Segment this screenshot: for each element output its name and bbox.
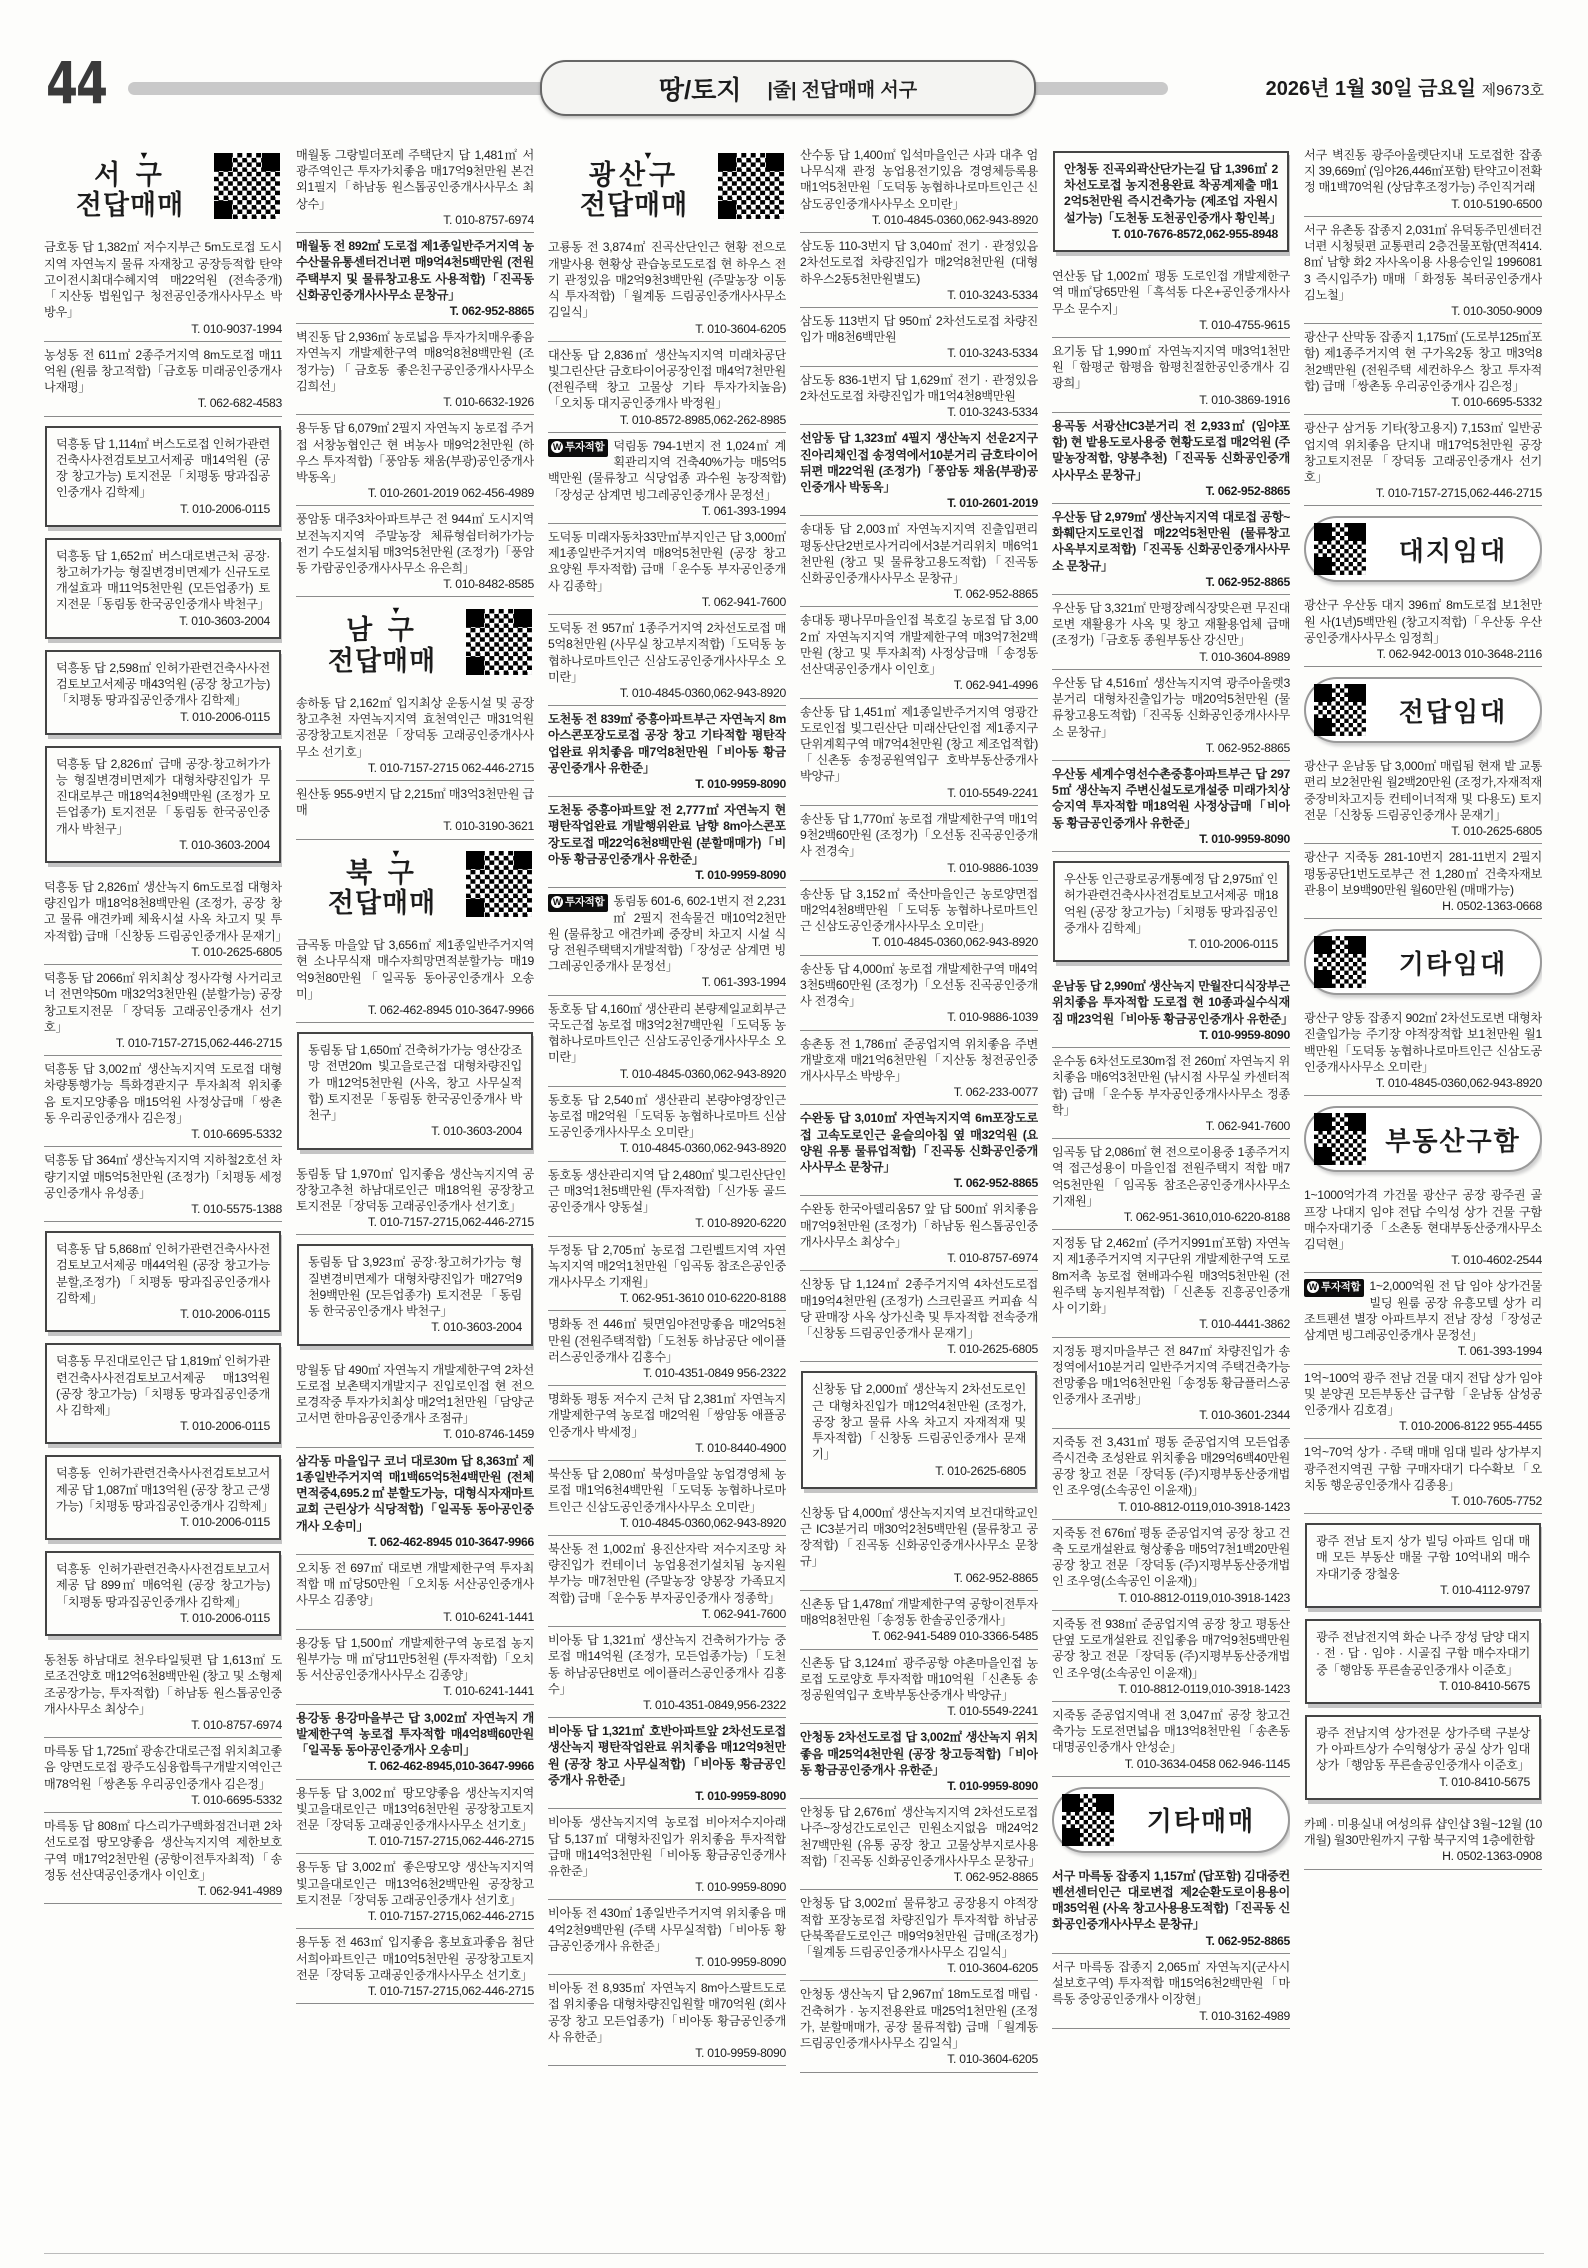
phone-number: T. 010-6632-1926 — [296, 394, 534, 410]
pill-section-header: 전답임대 — [1304, 677, 1542, 743]
ad-listing: 고룡동 전 3,874㎡ 진곡산단인근 현황 전으로 개발사용 현황상 관습농로… — [548, 234, 786, 341]
section-label: |줄| 전답매매 서구 — [767, 75, 917, 102]
issue-number: 제9673호 — [1482, 82, 1544, 99]
ad-text: 지죽동 전 676㎡ 평동 준공업지역 공장 창고 건축 도로개설완료 형상좋음… — [1052, 1526, 1290, 1589]
footer-rule — [44, 2253, 1544, 2254]
section-category: 전답매매 — [46, 190, 214, 220]
phone-number: T. 062-952-8865 — [800, 586, 1038, 602]
phone-number: T. 010-9959-8090 — [548, 2045, 786, 2061]
ad-text: 광주 전남지역 상가전문 상가주택 구분상가 아파트상가 수익형상가 공실 상가… — [1316, 1726, 1530, 1772]
ad-listing: 덕흥동 답 2066㎡ 위치최상 정사각형 사거리코너 전면약50m 매32억3… — [44, 965, 282, 1056]
ad-text: 안청동 2차선도로접 답 3,002㎡ 생산녹지 위치좋음 매25억4천만원 (… — [800, 1730, 1038, 1776]
ad-text: 덕흥동 인허가관련건축사사전검토보고서제공 답 899㎡ 매6억원 (공장 창고… — [56, 1562, 270, 1608]
phone-number: T. 010-2625-6805 — [800, 1341, 1038, 1357]
ad-listing: 북산동 답 2,080㎡ 북성마을앞 농업경영체 농로접 매1억6천4백만원「도… — [548, 1461, 786, 1536]
ad-text: 선암동 답 1,323㎡ 4필지 생산녹지 선운2지구 진아리채인접 송정역에서… — [800, 431, 1038, 494]
ad-listing: W투자적합1~2,000억원 전 답 임야 상가건물 빌딩 원룸 공장 유흥모텔… — [1304, 1273, 1542, 1364]
ad-text: 덕흥동 무진대로인근 답 1,819㎡ 인허가관련건축사사전검토보고서제공 매1… — [56, 1354, 270, 1417]
ad-text: 지정동 답 2,462㎡ (주거지991㎡포함) 자연녹지 제1종주거지역 지구… — [1052, 1236, 1290, 1315]
ad-listing: 우산동 답 4,516㎡ 생산녹지지역 광주아울렛3분거리 대형차진출입가능 매… — [1052, 670, 1290, 761]
phone-number: T. 010-4441-3862 — [1052, 1316, 1290, 1332]
ad-text: 용강동 답 1,500㎡ 개발제한구역 농로접 농지원부가능 매 ㎡당11만5천… — [296, 1636, 534, 1682]
ad-text: 신촌동 답 3,124㎡ 광주공항 야촌마을인접 농로접 도로양호 투자적합 매… — [800, 1656, 1038, 1702]
ad-text: 안청동 진곡외곽산단가는길 답 1,396㎡ 2차선도로접 농지전용완료 착공계… — [1064, 162, 1281, 225]
newspaper-page: 44 땅/토지 |줄| 전답매매 서구 2026년 1월 30일 금요일 제96… — [0, 0, 1588, 2268]
phone-number: T. 010-7605-7752 — [1304, 1493, 1542, 1509]
phone-number: T. 010-8920-6220 — [548, 1215, 786, 1231]
phone-number: T. 010-4845-0360,062-943-8920 — [548, 1066, 786, 1082]
ad-listing: 송산동 답 1,770㎡ 농로접 개발제한구역 매1억9천2백60만원 (조정가… — [800, 806, 1038, 881]
ad-listing: 덕흥동 답 3,002㎡ 생산녹지지역 도로접 대형차량통행가능 특화경관지구 … — [44, 1056, 282, 1147]
ad-listing: 송대동 팽나무마을인접 복호길 농로접 답 3,002㎡ 자연녹지지역 개발제한… — [800, 607, 1038, 698]
category-pill: 땅/토지 |줄| 전답매매 서구 — [540, 60, 1036, 116]
phone-number: T. 010-4351-0849 956-2322 — [548, 1365, 786, 1381]
ad-text: 용강동 용강마을부근 답 3,002㎡ 자연녹지 개발제한구역 농로접 투자적합… — [296, 1711, 534, 1757]
ad-text: 송대동 팽나무마을인접 복호길 농로접 답 3,002㎡ 자연녹지지역 개발제한… — [800, 613, 1038, 676]
phone-number: T. 062-941-4989 — [44, 1883, 282, 1899]
ad-text: 벽진동 답 2,936㎡ 농로넓음 투자가치매우좋음 자연녹지 개발제한구역 매… — [296, 330, 534, 393]
phone-number: T. 010-5549-2241 — [800, 785, 1038, 801]
phone-number: T. 010-9959-8090 — [548, 1954, 786, 1970]
ad-text: 지죽동 준공업지역내 전 3,047㎡ 공장 창고건축가능 도로전면넓음 매13… — [1052, 1708, 1290, 1754]
ad-listing: 지정동 평지마을부근 전 847㎡ 차량진입가 송정역에서10분거리 일반주거지… — [1052, 1338, 1290, 1429]
ad-listing: 안청동 진곡외곽산단가는길 답 1,396㎡ 2차선도로접 농지전용완료 착공계… — [1053, 151, 1289, 252]
phone-number: T. 010-4845-0360,062-943-8920 — [800, 934, 1038, 950]
ad-listing: 용두동 답 3,002㎡ 땅모양좋음 생산녹지지역 빛고을대로인근 매13억6천… — [296, 1780, 534, 1855]
ad-listing: 송촌동 전 1,786㎡ 준공업지역 위치좋음 주변개발호재 매21억6천만원「… — [800, 1031, 1038, 1106]
phone-number: T. 010-8440-4900 — [548, 1440, 786, 1456]
column-6: 서구 벽진동 광주아울렛단지내 도로접한 잡종지 39,669㎡ (임야26,4… — [1304, 142, 1542, 2227]
phone-number: T. 062-952-8865 — [800, 1175, 1038, 1191]
ad-text: 지정동 평지마을부근 전 847㎡ 차량진입가 송정역에서10분거리 일반주거지… — [1052, 1344, 1290, 1407]
qr-code-icon — [718, 153, 784, 219]
ad-listing: 송산동 답 4,000㎡ 농로접 개발제한구역 매4억3천5백60만원 (조정가… — [800, 956, 1038, 1031]
qr-code-icon — [1062, 1794, 1114, 1846]
ad-listing: 1억~100억 광주 전남 건물 대지 전답 상가 임야 및 분양권 모든부동산… — [1304, 1365, 1542, 1440]
ad-listing: 마륵동 답 808㎡ 다스리가구백화점건너편 2차선도로접 땅모양좋음 생산녹지… — [44, 1813, 282, 1904]
phone-number: T. 010-2006-0115 — [56, 1514, 270, 1530]
section-district: 북 구 — [298, 858, 466, 888]
ad-listing: 비아동 전 8,935㎡ 자연녹지 8m아스팔트도로접 위치좋음 대형차량진입원… — [548, 1975, 786, 2066]
ad-text: 광산구 양동 잡종지 902㎡ 2차선도로변 대형차진출입가능 주기장 야적장적… — [1304, 1011, 1542, 1074]
phone-number: T. 010-9886-1039 — [800, 1009, 1038, 1025]
phone-number: T. 010-6695-5332 — [1304, 394, 1542, 410]
column-1: ▼서 구전답매매금호동 답 1,382㎡ 저수지부근 5m도로접 도시지역 자연… — [44, 142, 282, 2227]
ad-listing: 광산구 운남동 답 3,000㎡ 매립됨 현재 밭 교통편리 보2천만원 월2백… — [1304, 753, 1542, 844]
phone-number: T. 062-952-8865 — [1052, 483, 1290, 499]
ad-listing: 비아동 답 1,321㎡ 호반아파트앞 2차선도로접 생산녹지 평탄작업완료 위… — [548, 1718, 786, 1809]
phone-number: T. 010-3243-5334 — [800, 345, 1038, 361]
ad-text: 서구 마륵동 잡종지 1,157㎡ (답포함) 김대중컨벤션센터인근 대로변접 … — [1052, 1869, 1290, 1932]
phone-number: T. 010-9886-1039 — [800, 860, 1038, 876]
ad-text: 명화동 평동 저수지 근처 답 2,381㎡ 자연녹지 개발제한구역 농로접 매… — [548, 1392, 786, 1438]
ad-text: 광주 전남 토지 상가 빌딩 아파트 임대 매매 모든 부동산 매물 구함 10… — [1316, 1534, 1530, 1580]
ad-text: 동림동 답 1,970㎡ 입지좋음 생산녹지지역 공장창고추천 하남대로인근 매… — [296, 1167, 534, 1213]
ad-listing: 덕흥동 무진대로인근 답 1,819㎡ 인허가관련건축사사전검토보고서제공 매1… — [45, 1343, 281, 1444]
phone-number: T. 010-3869-1916 — [1052, 392, 1290, 408]
ad-listing: 덕흥동 답 5,868㎡ 인허가관련건축사사전검토보고서제공 매44억원 (공장… — [45, 1231, 281, 1332]
phone-number: T. 010-7157-2715 062-446-2715 — [296, 760, 534, 776]
phone-number: T. 010-3604-8989 — [1052, 649, 1290, 665]
ad-listing: 벽진동 답 2,936㎡ 농로넓음 투자가치매우좋음 자연녹지 개발제한구역 매… — [296, 324, 534, 415]
issue-date: 2026년 1월 30일 금요일 — [1266, 78, 1476, 100]
ad-listing: 운수동 6차선도로30m접 전 260㎡ 자연녹지 위치좋음 매6억3천만원 (… — [1052, 1048, 1290, 1139]
ad-text: 송촌동 전 1,786㎡ 준공업지역 위치좋음 주변개발호재 매21억6천만원「… — [800, 1037, 1038, 1083]
phone-number: T. 010-9959-8090 — [800, 1778, 1038, 1794]
ad-text: 안청동 답 2,676㎡ 생산녹지지역 2차선도로접 나주~장성간도로인근 민원… — [800, 1805, 1038, 1868]
ad-text: 삼도동 113번지 답 950㎡ 2차선도로접 차량진입가 매8천6백만원 — [800, 314, 1038, 344]
phone-number: T. 010-4351-0849,956-2322 — [548, 1697, 786, 1713]
ad-listing: 용두동 전 463㎡ 입지좋음 홍보효과좋음 첨단서희아파트인근 매10억5천만… — [296, 1929, 534, 2004]
ad-text: 비아동 전 430㎡ 1종일반주거지역 위치좋음 매4억2천9백만원 (주택 사… — [548, 1906, 786, 1952]
phone-number: T. 010-9959-8090 — [1052, 1027, 1290, 1043]
ad-listing: 지죽동 준공업지역내 전 3,047㎡ 공장 창고건축가능 도로전면넓음 매13… — [1052, 1702, 1290, 1777]
ad-listing: 마륵동 답 1,725㎡ 광송간대로근접 위치최고좋음 양면도로접 광주도심융합… — [44, 1738, 282, 1813]
phone-number: T. 010-7157-2715,062-446-2715 — [296, 1983, 534, 1999]
investment-badge: W투자적합 — [548, 894, 608, 912]
ad-listing: 운남동 답 2,990㎡ 생산녹지 만월잔디식장부근 위치좋음 투자적합 도로접… — [1052, 973, 1290, 1048]
ad-listing: 매월동 전 892㎡ 도로접 제1종일반주거지역 농수산물유통센터건너편 매9억… — [296, 233, 534, 324]
ad-text: 1억~70억 상가 · 주택 매매 임대 빌라 상가부지 광주전지역권 구함 구… — [1304, 1445, 1542, 1491]
investment-badge: W투자적합 — [548, 439, 608, 457]
ad-text: 송산동 답 1,451㎡ 제1종일반주거지역 영광간도로인접 빛그린산단 미래산… — [800, 705, 1038, 784]
ad-listing: 금호동 답 1,382㎡ 저수지부근 5m도로접 도시지역 자연녹지 물류 자재… — [44, 234, 282, 341]
ad-listing: 덕흥동 인허가관련건축사사전검토보고서제공 답 899㎡ 매6억원 (공장 창고… — [45, 1551, 281, 1636]
ad-listing: 도덕동 미래자동차33만㎡부지인근 답 3,000㎡ 제1종일반주거지역 매8억… — [548, 524, 786, 615]
section-category: 전답매매 — [550, 190, 718, 220]
phone-number: T. 010-8746-1459 — [296, 1426, 534, 1442]
ad-text: 서구 유촌동 잡종지 2,031㎡ 유덕동주민센터건너편 시청뒷편 교통편리 2… — [1304, 223, 1542, 302]
phone-number: T. 010-5549-2241 — [800, 1703, 1038, 1719]
ad-listing: 망월동 답 490㎡ 자연녹지 개발제한구역 2차선도로접 보촌택지개발지구 진… — [296, 1357, 534, 1448]
ad-text: 도천동 전 839㎡ 중흥아파트부근 자연녹지 8m아스콘포장도로접 공장 창고… — [548, 712, 786, 775]
phone-number: T. 010-2006-0115 — [56, 1306, 270, 1322]
ad-text: 덕흥동 답 1,652㎡ 버스대로변근처 공장·창고허가가능 형질변경비면제가 … — [56, 549, 270, 612]
ad-text: 1~1000억가격 가건물 광산구 공장 광주권 골프장 나대지 임야 전답 수… — [1304, 1188, 1542, 1251]
ad-text: 안청동 답 3,002㎡ 물류창고 공장용지 야적장적합 포장농로접 차량진입가… — [800, 1896, 1038, 1959]
ad-text: 동호동 답 2,540㎡ 생산관리 본량야영장인근 농로접 매2억원「도덕동 농… — [548, 1093, 786, 1139]
phone-number: T. 010-9959-8090 — [548, 1879, 786, 1895]
phone-number: T. 010-5190-6500 — [1304, 196, 1542, 212]
category-label: 땅/토지 — [659, 70, 742, 107]
ad-text: 덕흥동 답 2,826㎡ 급매 공장·창고허가가능 형질변경비면제가 대형차량진… — [56, 757, 270, 836]
ad-listing: 요기동 답 1,990㎡ 자연녹지지역 매3억1천만원「함평군 함평읍 함평친절… — [1052, 338, 1290, 413]
section-district: 광산구 — [550, 160, 718, 190]
phone-number: T. 010-5575-1388 — [44, 1201, 282, 1217]
ad-text: 동림동 답 1,650㎡ 건축허가가능 영산강조망 전면20m 빛고을로근접 대… — [308, 1043, 522, 1122]
ad-text: 금호동 답 1,382㎡ 저수지부근 5m도로접 도시지역 자연녹지 물류 자재… — [44, 240, 282, 319]
ad-listing: 용두동 답 6,079㎡ 2필지 자연녹지 농로접 주거접 서창농협인근 현 벼… — [296, 415, 534, 506]
ad-text: 신창동 답 1,124㎡ 2종주거지역 4차선도로접 매19억4천만원 (조정가… — [800, 1277, 1038, 1340]
ad-text: 용두동 답 3,002㎡ 땅모양좋음 생산녹지지역 빛고을대로인근 매13억6천… — [296, 1786, 534, 1832]
ad-listing: 덕흥동 답 2,826㎡ 급매 공장·창고허가가능 형질변경비면제가 대형차량진… — [45, 746, 281, 863]
ad-text: 덕흥동 답 1,114㎡ 버스도로접 인허가관련건축사사전검토보고서제공 매14… — [56, 437, 270, 500]
ad-listing: 동호동 답 2,540㎡ 생산관리 본량야영장인근 농로접 매2억원「도덕동 농… — [548, 1087, 786, 1162]
ad-listing: 선암동 답 1,323㎡ 4필지 생산녹지 선운2지구 진아리채인접 송정역에서… — [800, 425, 1038, 516]
phone-number: T. 010-7676-8572,062-955-8948 — [1064, 226, 1278, 242]
ad-text: 1억~100억 광주 전남 건물 대지 전답 상가 임야 및 분양권 모든부동산… — [1304, 1371, 1542, 1417]
phone-number: T. 062-952-8865 — [800, 1570, 1038, 1586]
ad-text: 도덕동 전 957㎡ 1종주거지역 2차선도로접 매5억8천만원 (사무실 창고… — [548, 621, 786, 684]
ad-text: 오치동 전 697㎡ 대로변 개발제한구역 투자최적합 매 ㎡당50만원「오치동… — [296, 1561, 534, 1607]
ad-listing: 명화동 전 446㎡ 뒷면임야전망좋음 매2억5천만원 (전원주택적합)「도천동… — [548, 1311, 786, 1386]
phone-number: T. 010-8757-6974 — [800, 1250, 1038, 1266]
ad-text: 덕흥동 답 3,002㎡ 생산녹지지역 도로접 대형차량통행가능 특화경관지구 … — [44, 1062, 282, 1125]
phone-number: T. 010-3604-6205 — [800, 1960, 1038, 1976]
ad-listing: 삼각동 마을입구 코너 대로30m 답 8,363㎡ 제1종일반주거지역 매1백… — [296, 1448, 534, 1555]
ad-listing: 오치동 전 697㎡ 대로변 개발제한구역 투자최적합 매 ㎡당50만원「오치동… — [296, 1555, 534, 1630]
ad-listing: 광주 전남전지역 화순 나주 장성 담양 대지 · 전 · 답 · 임야 · 시… — [1305, 1619, 1541, 1704]
ad-text: 카페 · 미용실내 여성의류 샵인샵 3월~12월 (10개월) 월30만원까지… — [1304, 1817, 1542, 1847]
phone-number: T. 010-3603-2004 — [308, 1319, 522, 1335]
triangle-marker-icon: ▼ — [312, 607, 480, 615]
ad-text: 광산구 지죽동 281-10번지 281-11번지 2필지 평동공단1번도로부근… — [1304, 850, 1542, 896]
ad-text: 송대동 답 2,003㎡ 자연녹지지역 진출입편리 평동산단2번로사거리에서3분… — [800, 522, 1038, 585]
phone-number: T. 010-3190-3621 — [296, 818, 534, 834]
ad-listing: 광산구 지죽동 281-10번지 281-11번지 2필지 평동공단1번도로부근… — [1304, 844, 1542, 919]
ad-text: 지죽동 전 3,431㎡ 평동 준공업지역 모든업종 즉시건축 조성완료 위치좋… — [1052, 1435, 1290, 1498]
qr-code-icon — [466, 851, 532, 917]
phone-number: T. 010-3243-5334 — [800, 287, 1038, 303]
ad-listing: 1~1000억가격 가건물 광산구 공장 광주권 골프장 나대지 임야 전답 수… — [1304, 1182, 1542, 1273]
triangle-marker-icon: ▼ — [60, 152, 228, 160]
ad-listing: 금곡동 마을앞 답 3,656㎡ 제1종일반주거지역 현 소나무식재 매수자희망… — [296, 932, 534, 1023]
phone-number: T. 010-8572-8985,062-262-8985 — [548, 412, 786, 428]
ad-listing: 동림동 답 1,970㎡ 입지좋음 생산녹지지역 공장창고추천 하남대로인근 매… — [296, 1161, 534, 1236]
section-title: ▼남 구전답매매 — [298, 607, 466, 675]
ad-text: 용두동 전 463㎡ 입지좋음 홍보효과좋음 첨단서희아파트인근 매10억5천만… — [296, 1935, 534, 1981]
phone-number: T. 062-941-5489 010-3366-5485 — [800, 1628, 1038, 1644]
phone-number: T. 010-3601-2344 — [1052, 1407, 1290, 1423]
phone-number: T. 062-462-8945,010-3647-9966 — [296, 1758, 534, 1774]
phone-number: T. 010-4845-0360,062-943-8920 — [1304, 1075, 1542, 1091]
pill-section-title: 기타임대 — [1374, 944, 1532, 981]
phone-number: H. 0502-1363-0668 — [1304, 898, 1542, 914]
phone-number: T. 062-952-8865 — [1052, 1933, 1290, 1949]
ad-listing: 송산동 답 3,152㎡ 죽산마을인근 농로양면접 매2억4천8백만원「도덕동 … — [800, 881, 1038, 956]
pill-section-title: 대지임대 — [1374, 531, 1532, 568]
section-district: 남 구 — [298, 615, 466, 645]
ad-listing: 덕흥동 인허가관련건축사사전검토보고서제공 답 1,087㎡ 매13억원 (공장… — [45, 1455, 281, 1540]
phone-number: T. 010-7157-2715,062-446-2715 — [44, 1035, 282, 1051]
ad-listing: 안청동 생산녹지 답 2,967㎡ 18m도로접 매립 · 건축허가 · 농지전… — [800, 1981, 1038, 2072]
ad-listing: 신촌동 답 1,478㎡ 개발제한구역 공항이전투자 매8억8천만원「송정동 한… — [800, 1591, 1038, 1650]
w-logo-icon: W — [1307, 1281, 1319, 1293]
pill-section-title: 전답임대 — [1374, 692, 1532, 729]
ad-listing: 도덕동 전 957㎡ 1종주거지역 2차선도로접 매5억8천만원 (사무실 창고… — [548, 615, 786, 706]
phone-number: T. 010-8757-6974 — [296, 212, 534, 228]
phone-number: T. 010-2006-0115 — [56, 1610, 270, 1626]
ad-listing: 송하동 답 2,162㎡ 입지최상 운동시설 및 공장창고추천 자연녹지지역 효… — [296, 690, 534, 781]
qr-code-icon — [1314, 1113, 1366, 1165]
ad-listing: 삼도동 110-3번지 답 3,040㎡ 전기 · 관정있음 2차선도로접 차량… — [800, 233, 1038, 308]
phone-number: T. 062-941-7600 — [1052, 1118, 1290, 1134]
ad-text: 동림동 답 3,923㎡ 공장·창고허가가능 형질변경비면제가 대형차량진입가 … — [308, 1255, 522, 1318]
phone-number: T. 010-2006-0115 — [56, 1418, 270, 1434]
phone-number: T. 062-462-8945 010-3647-9966 — [296, 1534, 534, 1550]
phone-number: T. 010-3243-5334 — [800, 404, 1038, 420]
ad-text: 덕흥동 답 364㎡ 생산녹지지역 지하철2호선 차량기지옆 매5억5천만원 (… — [44, 1153, 282, 1199]
ad-text: 송산동 답 1,770㎡ 농로접 개발제한구역 매1억9천2백60만원 (조정가… — [800, 812, 1038, 858]
investment-badge: W투자적합 — [1304, 1279, 1364, 1297]
ad-listing: 용강동 용강마을부근 답 3,002㎡ 자연녹지 개발제한구역 농로접 투자적합… — [296, 1705, 534, 1780]
ad-text: 용두동 답 3,002㎡ 좋은땅모양 생산녹지지역 빛고을대로인근 매13억6천… — [296, 1860, 534, 1906]
pill-section-header: 기타임대 — [1304, 929, 1542, 995]
ad-text: 광산구 삼거동 기타(창고용지) 7,153㎡ 일반공업지역 위치좋음 단지내 … — [1304, 421, 1542, 484]
ad-text: 망월동 답 490㎡ 자연녹지 개발제한구역 2차선도로접 보촌택지개발지구 진… — [296, 1363, 534, 1426]
ad-text: 안청동 생산녹지 답 2,967㎡ 18m도로접 매립 · 건축허가 · 농지전… — [800, 1987, 1038, 2050]
phone-number: T. 010-2006-0115 — [56, 501, 270, 517]
phone-number: T. 010-3603-2004 — [308, 1123, 522, 1139]
ad-text: 마륵동 답 1,725㎡ 광송간대로근접 위치최고좋음 양면도로접 광주도심융합… — [44, 1744, 282, 1790]
ad-text: 도덕동 미래자동차33만㎡부지인근 답 3,000㎡ 제1종일반주거지역 매8억… — [548, 530, 786, 593]
phone-number: T. 010-9959-8090 — [548, 867, 786, 883]
ad-text: 농성동 전 611㎡ 2종주거지역 8m도로접 매11억원 (원룸 창고적합)「… — [44, 348, 282, 394]
phone-number: T. 062-941-7600 — [548, 594, 786, 610]
ad-listing: 매월동 그랑빌더포레 주택단지 답 1,481㎡ 서광주역인근 투자가치좋음 매… — [296, 142, 534, 233]
section-category: 전답매매 — [298, 888, 466, 918]
ad-listing: 농성동 전 611㎡ 2종주거지역 8m도로접 매11억원 (원룸 창고적합)「… — [44, 342, 282, 417]
ad-text: 운수동 6차선도로30m접 전 260㎡ 자연녹지 위치좋음 매6억3천만원 (… — [1052, 1054, 1290, 1117]
ad-listing: 비아동 답 1,321㎡ 생산녹지 건축허가가능 중로접 매14억원 (조정가,… — [548, 1627, 786, 1718]
phone-number: T. 010-4112-9797 — [1316, 1582, 1530, 1598]
ad-text: 송산동 답 3,152㎡ 죽산마을인근 농로양면접 매2억4천8백만원「도덕동 … — [800, 887, 1038, 933]
ad-listing: 용두동 답 3,002㎡ 좋은땅모양 생산녹지지역 빛고을대로인근 매13억6천… — [296, 1854, 534, 1929]
phone-number: T. 010-3603-2004 — [56, 613, 270, 629]
phone-number: T. 010-8410-5675 — [1316, 1678, 1530, 1694]
phone-number: T. 010-8812-0119,010-3918-1423 — [1052, 1499, 1290, 1515]
qr-code-icon — [466, 609, 532, 675]
ad-listing: 안청동 답 3,002㎡ 물류창고 공장용지 야적장적합 포장농로접 차량진입가… — [800, 1890, 1038, 1981]
column-3: ▼광산구전답매매고룡동 전 3,874㎡ 진곡산단인근 현황 전으로 개발사용 … — [548, 142, 786, 2227]
phone-number: T. 010-9959-8090 — [548, 1788, 786, 1804]
ad-text: 비아동 답 1,321㎡ 생산녹지 건축허가가능 중로접 매14억원 (조정가,… — [548, 1633, 786, 1696]
ad-listing: 용곡동 서광산IC3분거리 전 2,933㎡ (임야포함) 현 밭용도로사용중 … — [1052, 413, 1290, 504]
phone-number: T. 010-8812-0119,010-3918-1423 — [1052, 1681, 1290, 1697]
ad-listing: 1억~70억 상가 · 주택 매매 임대 빌라 상가부지 광주전지역권 구함 구… — [1304, 1439, 1542, 1514]
ad-listing: 동호동 답 4,160㎡ 생산관리 본량제일교회부근 국도근접 농로접 매3억2… — [548, 996, 786, 1087]
ad-text: 광산구 산막동 잡종지 1,175㎡ (도로부125㎡포함) 제1종주거지역 현… — [1304, 330, 1542, 393]
ad-text: 삼도동 836-1번지 답 1,629㎡ 전기 · 관정있음 2차선도로접 차량… — [800, 373, 1038, 403]
w-logo-icon: W — [551, 441, 563, 453]
ad-listing: 대산동 답 2,836㎡ 생산녹지지역 미래차공단 빛그린산단 금호타이어공장인… — [548, 342, 786, 433]
ad-text: 수완동 한국아델리움57 앞 답 500㎡ 위치좋음 매7억9천만원 (조정가)… — [800, 1202, 1038, 1248]
phone-number: T. 010-2625-6805 — [1304, 823, 1542, 839]
section-header: ▼서 구전답매매 — [44, 142, 282, 234]
ad-text: 도천동 중흥아파트앞 전 2,777㎡ 자연녹지 현평탄작업완료 개발행위완료 … — [548, 803, 786, 866]
ad-text: 고룡동 전 3,874㎡ 진곡산단인근 현황 전으로 개발사용 현황상 관습농로… — [548, 240, 786, 319]
ad-text: 우산동 답 2,979㎡ 생산녹지지역 대로접 공항~화훼단지도로인접 매22억… — [1052, 510, 1290, 573]
phone-number: T. 010-2625-6805 — [44, 944, 282, 960]
phone-number: T. 010-4755-9615 — [1052, 317, 1290, 333]
phone-number: T. 010-2006-0115 — [56, 709, 270, 725]
ad-listing: 안청동 2차선도로접 답 3,002㎡ 생산녹지 위치좋음 매25억4천만원 (… — [800, 1724, 1038, 1799]
page-number: 44 — [46, 49, 106, 117]
ad-listing: 원산동 955-9번지 답 2,215㎡ 매3억3천만원 급매T. 010-31… — [296, 781, 534, 840]
ad-listing: 신창동 답 2,000㎡ 생산녹지 2차선도로인근 대형차진입가 매12억4천만… — [801, 1371, 1037, 1488]
ad-text: 덕흥동 답 5,868㎡ 인허가관련건축사사전검토보고서제공 매44억원 (공장… — [56, 1242, 270, 1305]
ad-listing: 연산동 답 1,002㎡ 평동 도로인접 개발제한구역 매㎡당65만원「흑석동 … — [1052, 263, 1290, 338]
ad-listing: 광산구 우산동 대지 396㎡ 8m도로접 보1천만원 사(1년)5백만원 (창… — [1304, 592, 1542, 667]
ad-text: 덕흥동 답 2,598㎡ 인허가관련건축사사전검토보고서제공 매43억원 (공장… — [56, 661, 270, 707]
section-title: ▼서 구전답매매 — [46, 152, 214, 220]
phone-number: T. 010-8482-8585 — [296, 576, 534, 592]
ad-text: 원산동 955-9번지 답 2,215㎡ 매3억3천만원 급매 — [296, 787, 534, 817]
ad-listing: 광주 전남지역 상가전문 상가주택 구분상가 아파트상가 수익형상가 공실 상가… — [1305, 1715, 1541, 1800]
ad-listing: 지죽동 전 676㎡ 평동 준공업지역 공장 창고 건축 도로개설완료 형상좋음… — [1052, 1520, 1290, 1611]
ad-text: 동천동 하남대로 천우타일뒷편 답 1,613㎡ 도로조건양호 매12억6천8백… — [44, 1653, 282, 1716]
phone-number: T. 062-951-3610 010-6220-8188 — [548, 1290, 786, 1306]
ad-listing: 서구 마륵동 잡종지 1,157㎡ (답포함) 김대중컨벤션센터인근 대로변접 … — [1052, 1863, 1290, 1954]
ad-listing: 수완동 답 3,010㎡ 자연녹지지역 6m포장도로접 고속도로인근 윤슬의아침… — [800, 1105, 1038, 1196]
ad-listing: 산수동 답 1,400㎡ 입석마을인근 사과 대추 엄나무식재 관정 농업용전기… — [800, 142, 1038, 233]
ad-text: 수완동 답 3,010㎡ 자연녹지지역 6m포장도로접 고속도로인근 윤슬의아침… — [800, 1111, 1038, 1174]
phone-number: T. 010-6241-1441 — [296, 1683, 534, 1699]
date-line: 2026년 1월 30일 금요일 제9673호 — [1266, 72, 1544, 101]
phone-number: T. 010-6241-1441 — [296, 1609, 534, 1625]
ad-listing: 우산동 인근광로공개통예정 답 2,975㎡ 인허가관련건축사사전검토보고서제공… — [1053, 861, 1289, 962]
phone-number: T. 010-6695-5332 — [44, 1126, 282, 1142]
ad-text: 서구 벽진동 광주아울렛단지내 도로접한 잡종지 39,669㎡ (임야26,4… — [1304, 148, 1542, 194]
phone-number: T. 010-4845-0360,062-943-8920 — [548, 1515, 786, 1531]
ad-text: 요기동 답 1,990㎡ 자연녹지지역 매3억1천만원「함평군 함평읍 함평친절… — [1052, 344, 1290, 390]
section-district: 서 구 — [46, 160, 214, 190]
ad-listing: 우산동 답 2,979㎡ 생산녹지지역 대로접 공항~화훼단지도로인접 매22억… — [1052, 504, 1290, 595]
ad-text: 마륵동 답 808㎡ 다스리가구백화점건너편 2차선도로접 땅모양좋음 생산녹지… — [44, 1819, 282, 1882]
triangle-marker-icon: ▼ — [564, 152, 732, 160]
ad-listing: 광산구 양동 잡종지 902㎡ 2차선도로변 대형차진출입가능 주기장 야적장적… — [1304, 1005, 1542, 1096]
ad-listing: 우산동 답 3,321㎡ 만평장례식장맞은편 무진대로변 재활용가 사옥 및 창… — [1052, 595, 1290, 670]
ad-text: 명화동 전 446㎡ 뒷면임야전망좋음 매2억5천만원 (전원주택적합)「도천동… — [548, 1317, 786, 1363]
ad-text: 덕흥동 인허가관련건축사사전검토보고서제공 답 1,087㎡ 매13억원 (공장… — [56, 1466, 273, 1512]
page-header: 44 땅/토지 |줄| 전답매매 서구 2026년 1월 30일 금요일 제96… — [0, 48, 1588, 128]
phone-number: T. 010-3634-0458 062-946-1145 — [1052, 1756, 1290, 1772]
ad-listing: 동림동 답 3,923㎡ 공장·창고허가가능 형질변경비면제가 대형차량진입가 … — [297, 1244, 533, 1345]
pill-section-header: 부동산구함 — [1304, 1106, 1542, 1172]
ad-listing: 서구 벽진동 광주아울렛단지내 도로접한 잡종지 39,669㎡ (임야26,4… — [1304, 142, 1542, 217]
ad-listing: 비아동 생산녹지지역 농로접 비아저수지아래 답 5,137㎡ 대형차진입가 위… — [548, 1809, 786, 1900]
ad-text: 산수동 답 1,400㎡ 입석마을인근 사과 대추 엄나무식재 관정 농업용전기… — [800, 148, 1038, 211]
phone-number: T. 010-3604-6205 — [548, 321, 786, 337]
ad-text: 우산동 인근광로공개통예정 답 2,975㎡ 인허가관련건축사사전검토보고서제공… — [1064, 872, 1278, 935]
ad-listing: 임곡동 답 2,086㎡ 현 전으로이용중 1종주거지역 접근성용이 마을인접 … — [1052, 1139, 1290, 1230]
section-category: 전답매매 — [298, 646, 466, 676]
column-5: 안청동 진곡외곽산단가는길 답 1,396㎡ 2차선도로접 농지전용완료 착공계… — [1052, 142, 1290, 2227]
ad-listing: 동천동 하남대로 천우타일뒷편 답 1,613㎡ 도로조건양호 매12억6천8백… — [44, 1647, 282, 1738]
ad-text: 우산동 세계수영선수촌중흥아파트부근 답 2975㎡ 생산녹지 주변신설도로개설… — [1052, 767, 1290, 830]
ad-text: 우산동 답 4,516㎡ 생산녹지지역 광주아울렛3분거리 대형차진출입가능 매… — [1052, 676, 1290, 739]
ad-text: 지죽동 전 938㎡ 준공업지역 공장 창고 평동산단옆 도로개설완료 진입좋음… — [1052, 1617, 1290, 1680]
ad-text: 광산구 우산동 대지 396㎡ 8m도로접 보1천만원 사(1년)5백만원 (창… — [1304, 598, 1542, 644]
ad-text: 연산동 답 1,002㎡ 평동 도로인접 개발제한구역 매㎡당65만원「흑석동 … — [1052, 269, 1290, 315]
ad-listing: 서구 마륵동 잡종지 2,065㎡ 자연녹지(군사시설보호구역) 투자적합 매1… — [1052, 1954, 1290, 2029]
ad-text: 송하동 답 2,162㎡ 입지최상 운동시설 및 공장창고추천 자연녹지지역 효… — [296, 696, 534, 759]
phone-number: T. 010-9959-8090 — [1052, 831, 1290, 847]
ad-text: 매월동 전 892㎡ 도로접 제1종일반주거지역 농수산물유통센터건너편 매9억… — [296, 239, 534, 302]
ad-text: 임곡동 답 2,086㎡ 현 전으로이용중 1종주거지역 접근성용이 마을인접 … — [1052, 1145, 1290, 1208]
phone-number: T. 010-4845-0360,062-943-8920 — [548, 685, 786, 701]
section-header: ▼북 구전답매매 — [296, 840, 534, 932]
ad-listing: 지죽동 전 938㎡ 준공업지역 공장 창고 평동산단옆 도로개설완료 진입좋음… — [1052, 1611, 1290, 1702]
phone-number: T. 010-4602-2544 — [1304, 1252, 1542, 1268]
ad-listing: 카페 · 미용실내 여성의류 샵인샵 3월~12월 (10개월) 월30만원까지… — [1304, 1811, 1542, 1870]
phone-number: T. 062-942-0013 010-3648-2116 — [1304, 646, 1542, 662]
phone-number: T. 010-9037-1994 — [44, 321, 282, 337]
phone-number: T. 010-8757-6974 — [44, 1717, 282, 1733]
ad-listing: W투자적합동림동 601-6, 602-1번지 전 2,231㎡ 2필지 전속물… — [548, 888, 786, 995]
ad-text: 서구 마륵동 잡종지 2,065㎡ 자연녹지(군사시설보호구역) 투자적합 매1… — [1052, 1960, 1290, 2006]
ad-text: 북산동 전 1,002㎡ 용진산자락 저수지조망 차량진입가 컨테이너 농업용전… — [548, 1542, 786, 1605]
